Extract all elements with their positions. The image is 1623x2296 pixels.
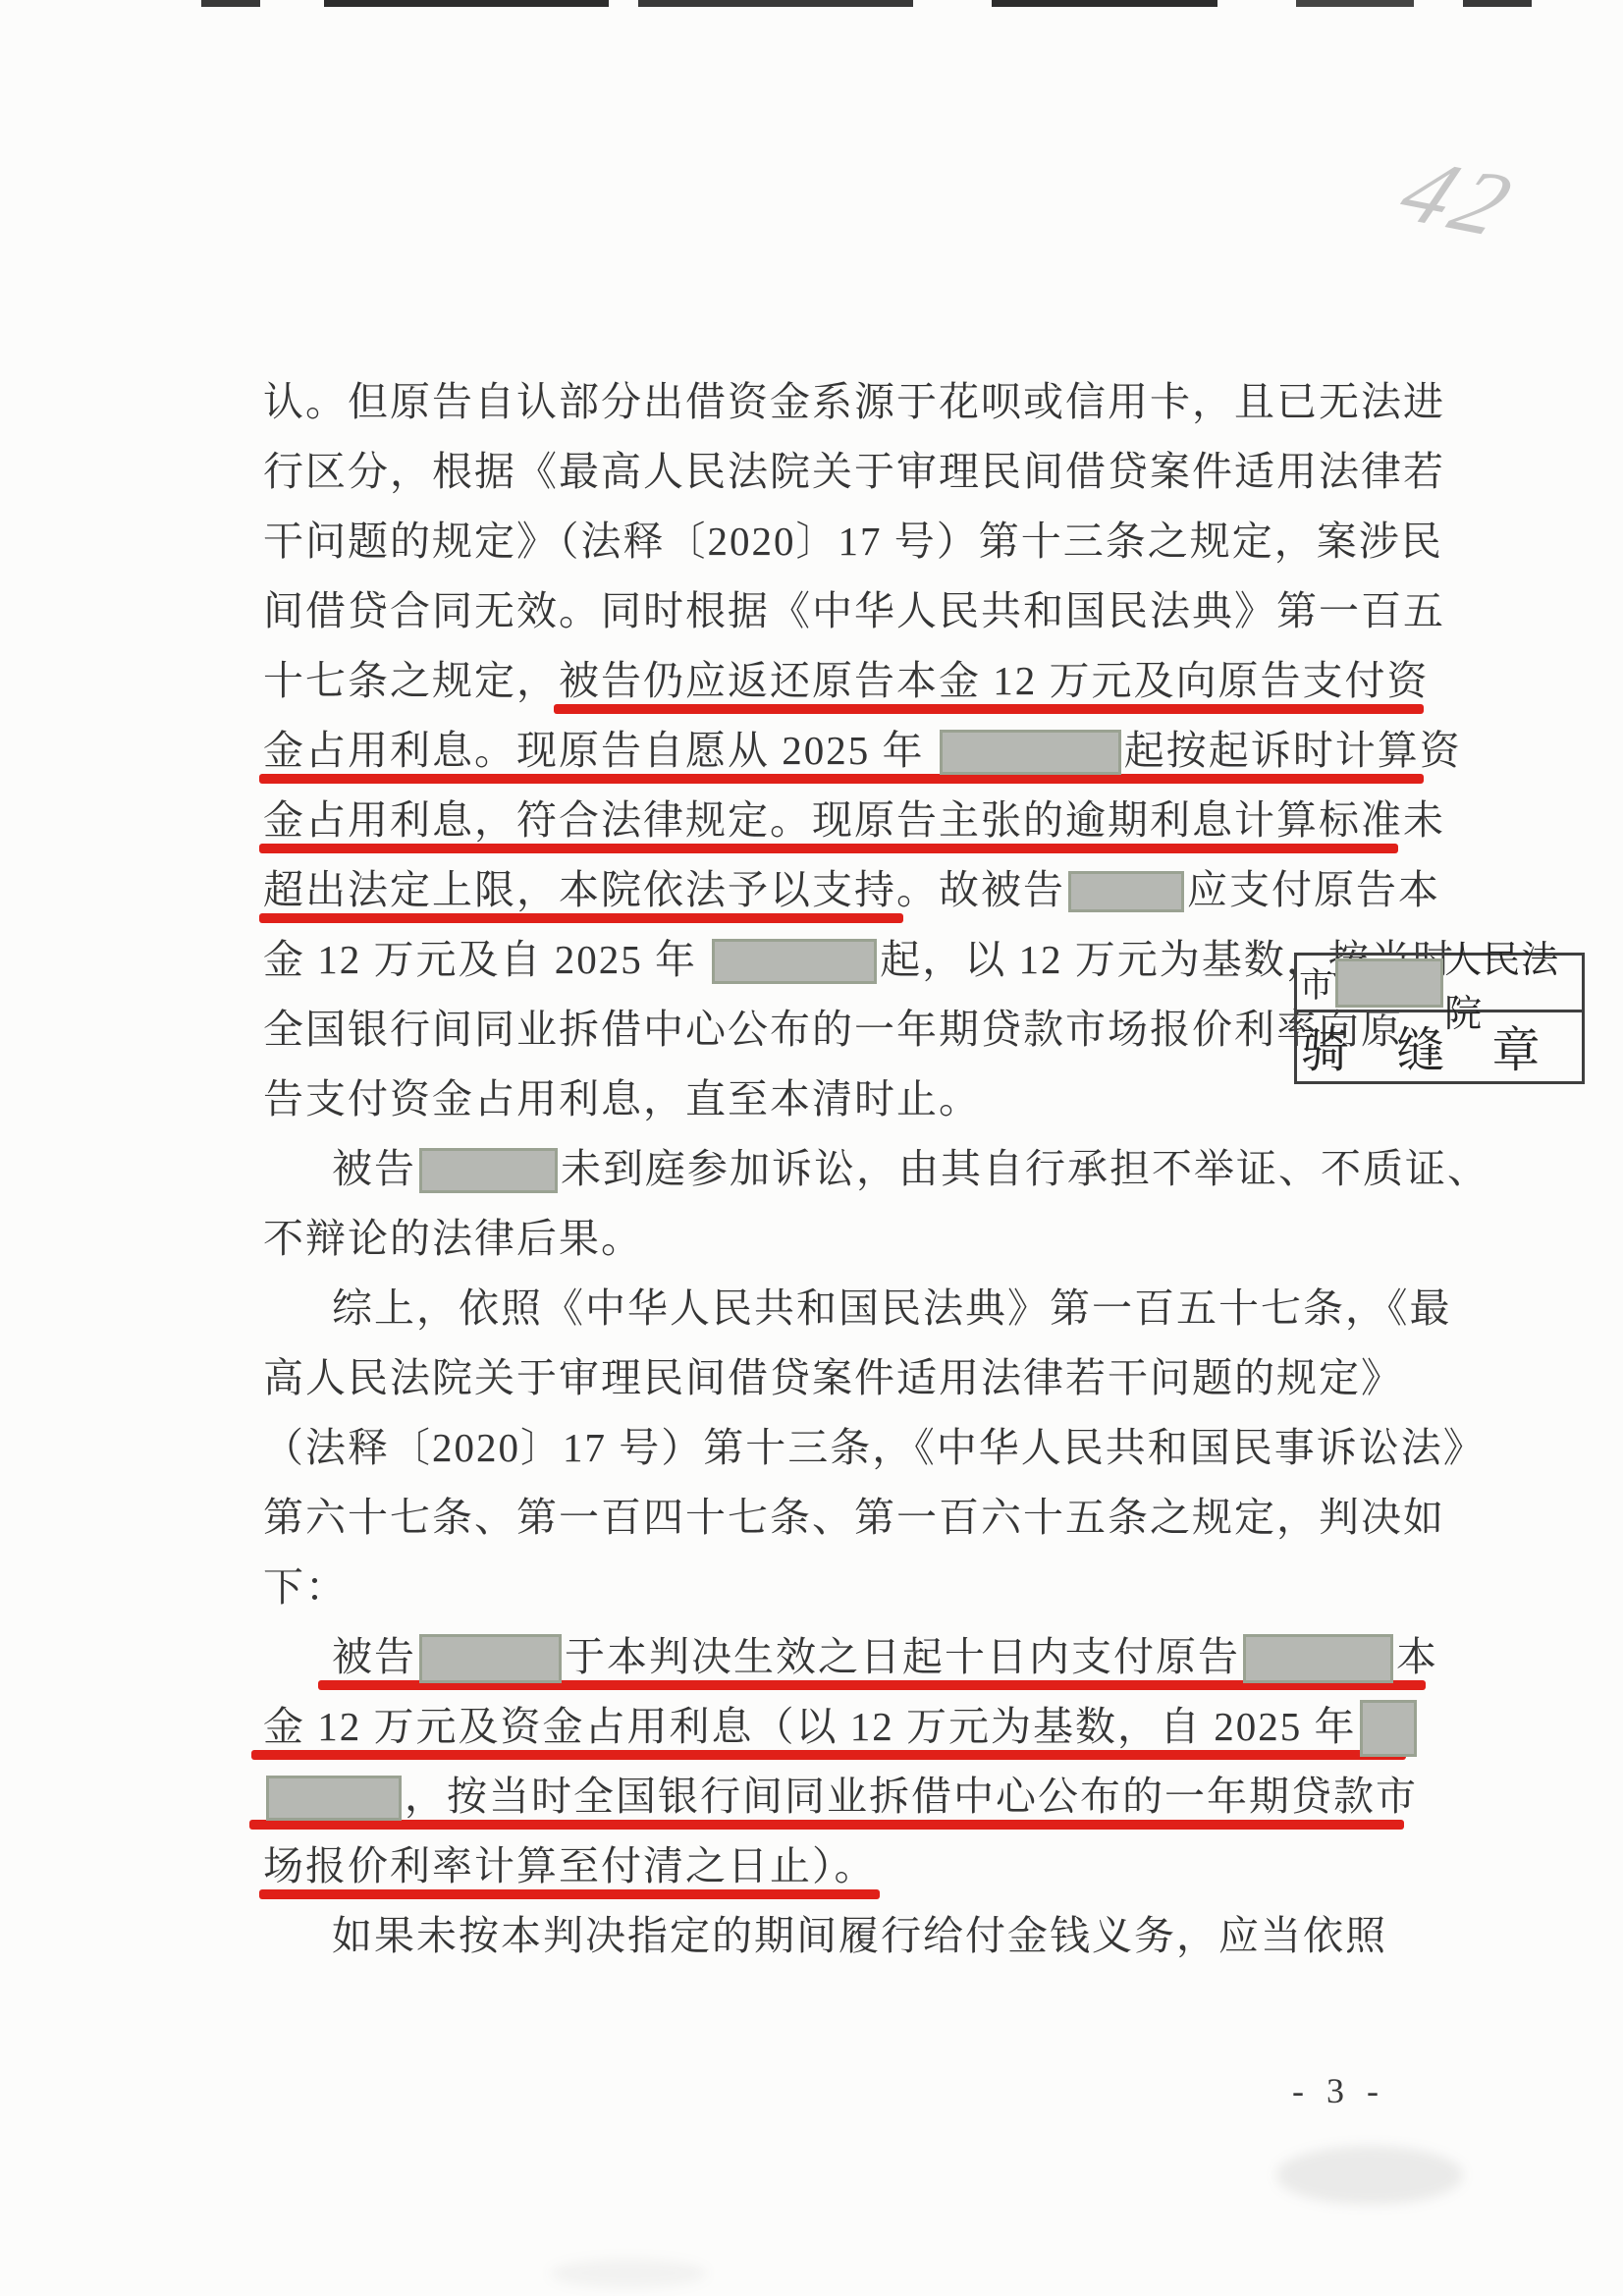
text-line: 下：: [263, 1553, 1422, 1622]
red-underline: [259, 774, 1424, 784]
text-segment: 综上，依照《中华人民共和国民法典》第一百五十七条，《最: [332, 1285, 1452, 1331]
text-segment: 金占用利息。现原告自愿从 2025 年: [263, 728, 937, 773]
text-line: （法释〔2020〕17 号）第十三条，《中华人民共和国民事诉讼法》: [263, 1413, 1422, 1483]
text-line: 场报价利率计算至付清之日止）。: [263, 1831, 1422, 1901]
red-underline: [259, 913, 903, 923]
red-underline: [249, 1820, 1404, 1830]
text-line: ，按当时全国银行间同业拆借中心公布的一年期贷款市: [263, 1762, 1422, 1831]
text-line: 金 12 万元及自 2025 年 起，以 12 万元为基数，按当时: [263, 925, 1422, 995]
text-line: 全国银行间同业拆借中心公布的一年期贷款市场报价利率向原: [263, 995, 1422, 1065]
text-line: 认。但原告自认部分出借资金系源于花呗或信用卡，且已无法进: [263, 367, 1422, 437]
scan-artifact: [1463, 0, 1532, 7]
redaction-box: [266, 1776, 402, 1821]
text-line: 间借贷合同无效。同时根据《中华人民共和国民法典》第一百五: [263, 576, 1422, 646]
text-line: 高人民法院关于审理民间借贷案件适用法律若干问题的规定》: [263, 1343, 1422, 1413]
text-segment: 十七条之规定，被告仍应返还原告本金 12 万元及向原告支付资: [263, 658, 1430, 703]
text-segment: ，按当时全国银行间同业拆借中心公布的一年期贷款市: [405, 1774, 1418, 1819]
redaction-box: [419, 1634, 562, 1683]
text-segment: 认。但原告自认部分出借资金系源于花呗或信用卡，且已无法进: [263, 379, 1445, 424]
handwritten-page-mark: 42: [1383, 138, 1532, 257]
text-line: 告支付资金占用利息，直至本清时止。: [263, 1065, 1422, 1134]
text-segment: 应支付原告本: [1187, 867, 1440, 912]
text-segment: 金 12 万元及资金占用利息（以 12 万元为基数，自 2025 年: [263, 1704, 1357, 1749]
text-segment: 被告: [332, 1146, 416, 1191]
text-line: 被告于本判决生效之日起十日内支付原告本: [263, 1622, 1490, 1692]
text-line: 被告未到庭参加诉讼，由其自行承担不举证、不质证、: [263, 1134, 1490, 1204]
text-line: 第六十七条、第一百四十七条、第一百六十五条之规定，判决如: [263, 1483, 1422, 1553]
scan-artifact: [1296, 0, 1414, 7]
text-line: 十七条之规定，被告仍应返还原告本金 12 万元及向原告支付资: [263, 646, 1422, 716]
text-segment: 第六十七条、第一百四十七条、第一百六十五条之规定，判决如: [263, 1495, 1445, 1540]
red-underline: [259, 1889, 880, 1899]
scan-artifact: [201, 0, 260, 7]
scan-artifact: [992, 0, 1217, 7]
redaction-box: [1068, 871, 1184, 912]
text-segment: 全国银行间同业拆借中心公布的一年期贷款市场报价利率向原: [263, 1007, 1403, 1052]
text-segment: 超出法定上限，本院依法予以支持。故被告: [263, 867, 1065, 912]
scan-artifact: [324, 0, 609, 7]
red-underline: [259, 844, 1398, 853]
text-segment: 起按起诉时计算资: [1124, 728, 1462, 773]
redaction-box: [1243, 1634, 1393, 1683]
text-segment: 场报价利率计算至付清之日止）。: [263, 1843, 877, 1888]
text-segment: 不辩论的法律后果。: [263, 1216, 643, 1261]
stamp-seam-label: 骑 缝 章: [1297, 1012, 1582, 1081]
scan-smudge: [1276, 2146, 1463, 2205]
stamp-court-prefix: 市: [1297, 958, 1334, 1008]
text-segment: （法释〔2020〕17 号）第十三条，《中华人民共和国民事诉讼法》: [263, 1425, 1486, 1470]
text-segment: 金占用利息，符合法律规定。现原告主张的逾期利息计算标准未: [263, 797, 1445, 843]
court-seam-stamp: 市 人民法院 骑 缝 章: [1294, 953, 1585, 1084]
redaction-box: [1335, 958, 1443, 1008]
text-line: 不辩论的法律后果。: [263, 1204, 1422, 1274]
text-segment: 本: [1396, 1634, 1438, 1679]
handwritten-number: 42: [1384, 140, 1531, 255]
stamp-court-row: 市 人民法院: [1297, 956, 1582, 1012]
text-segment: 被告: [332, 1634, 416, 1679]
red-underline: [554, 704, 1424, 714]
text-line: 干问题的规定》（法释〔2020〕17 号）第十三条之规定，案涉民: [263, 507, 1422, 576]
text-segment: 金 12 万元及自 2025 年: [263, 937, 709, 982]
text-segment: 间借贷合同无效。同时根据《中华人民共和国民法典》第一百五: [263, 588, 1445, 633]
text-segment: 告支付资金占用利息，直至本清时止。: [263, 1076, 981, 1121]
redaction-box: [419, 1148, 558, 1193]
text-line: 综上，依照《中华人民共和国民法典》第一百五十七条，《最: [263, 1274, 1490, 1343]
text-segment: 干问题的规定》（法释〔2020〕17 号）第十三条之规定，案涉民: [263, 519, 1443, 564]
scan-smudge: [550, 2259, 707, 2288]
text-segment: 如果未按本判决指定的期间履行给付金钱义务，应当依照: [332, 1913, 1387, 1958]
text-segment: 高人民法院关于审理民间借贷案件适用法律若干问题的规定》: [263, 1355, 1403, 1400]
text-segment: 于本判决生效之日起十日内支付原告: [565, 1634, 1240, 1679]
text-segment: 下：: [263, 1564, 348, 1610]
text-segment: 行区分，根据《最高人民法院关于审理民间借贷案件适用法律若: [263, 449, 1445, 494]
scan-artifact: [638, 0, 913, 7]
text-line: 金占用利息，符合法律规定。现原告主张的逾期利息计算标准未: [263, 786, 1422, 855]
page-number: - 3 -: [1292, 2070, 1385, 2111]
text-line: 金占用利息。现原告自愿从 2025 年 起按起诉时计算资: [263, 716, 1422, 786]
text-line: 行区分，根据《最高人民法院关于审理民间借贷案件适用法律若: [263, 437, 1422, 507]
text-line: 超出法定上限，本院依法予以支持。故被告应支付原告本: [263, 855, 1422, 925]
redaction-box: [712, 939, 877, 984]
scanned-court-judgment-page: 42 认。但原告自认部分出借资金系源于花呗或信用卡，且已无法进行区分，根据《最高…: [0, 0, 1623, 2296]
red-underline: [251, 1750, 1406, 1760]
text-line: 金 12 万元及资金占用利息（以 12 万元为基数，自 2025 年: [263, 1692, 1422, 1762]
redaction-box: [940, 730, 1121, 775]
text-segment: 未到庭参加诉讼，由其自行承担不举证、不质证、: [561, 1146, 1489, 1191]
text-line: 如果未按本判决指定的期间履行给付金钱义务，应当依照: [263, 1901, 1490, 1971]
redaction-box: [1360, 1700, 1417, 1757]
